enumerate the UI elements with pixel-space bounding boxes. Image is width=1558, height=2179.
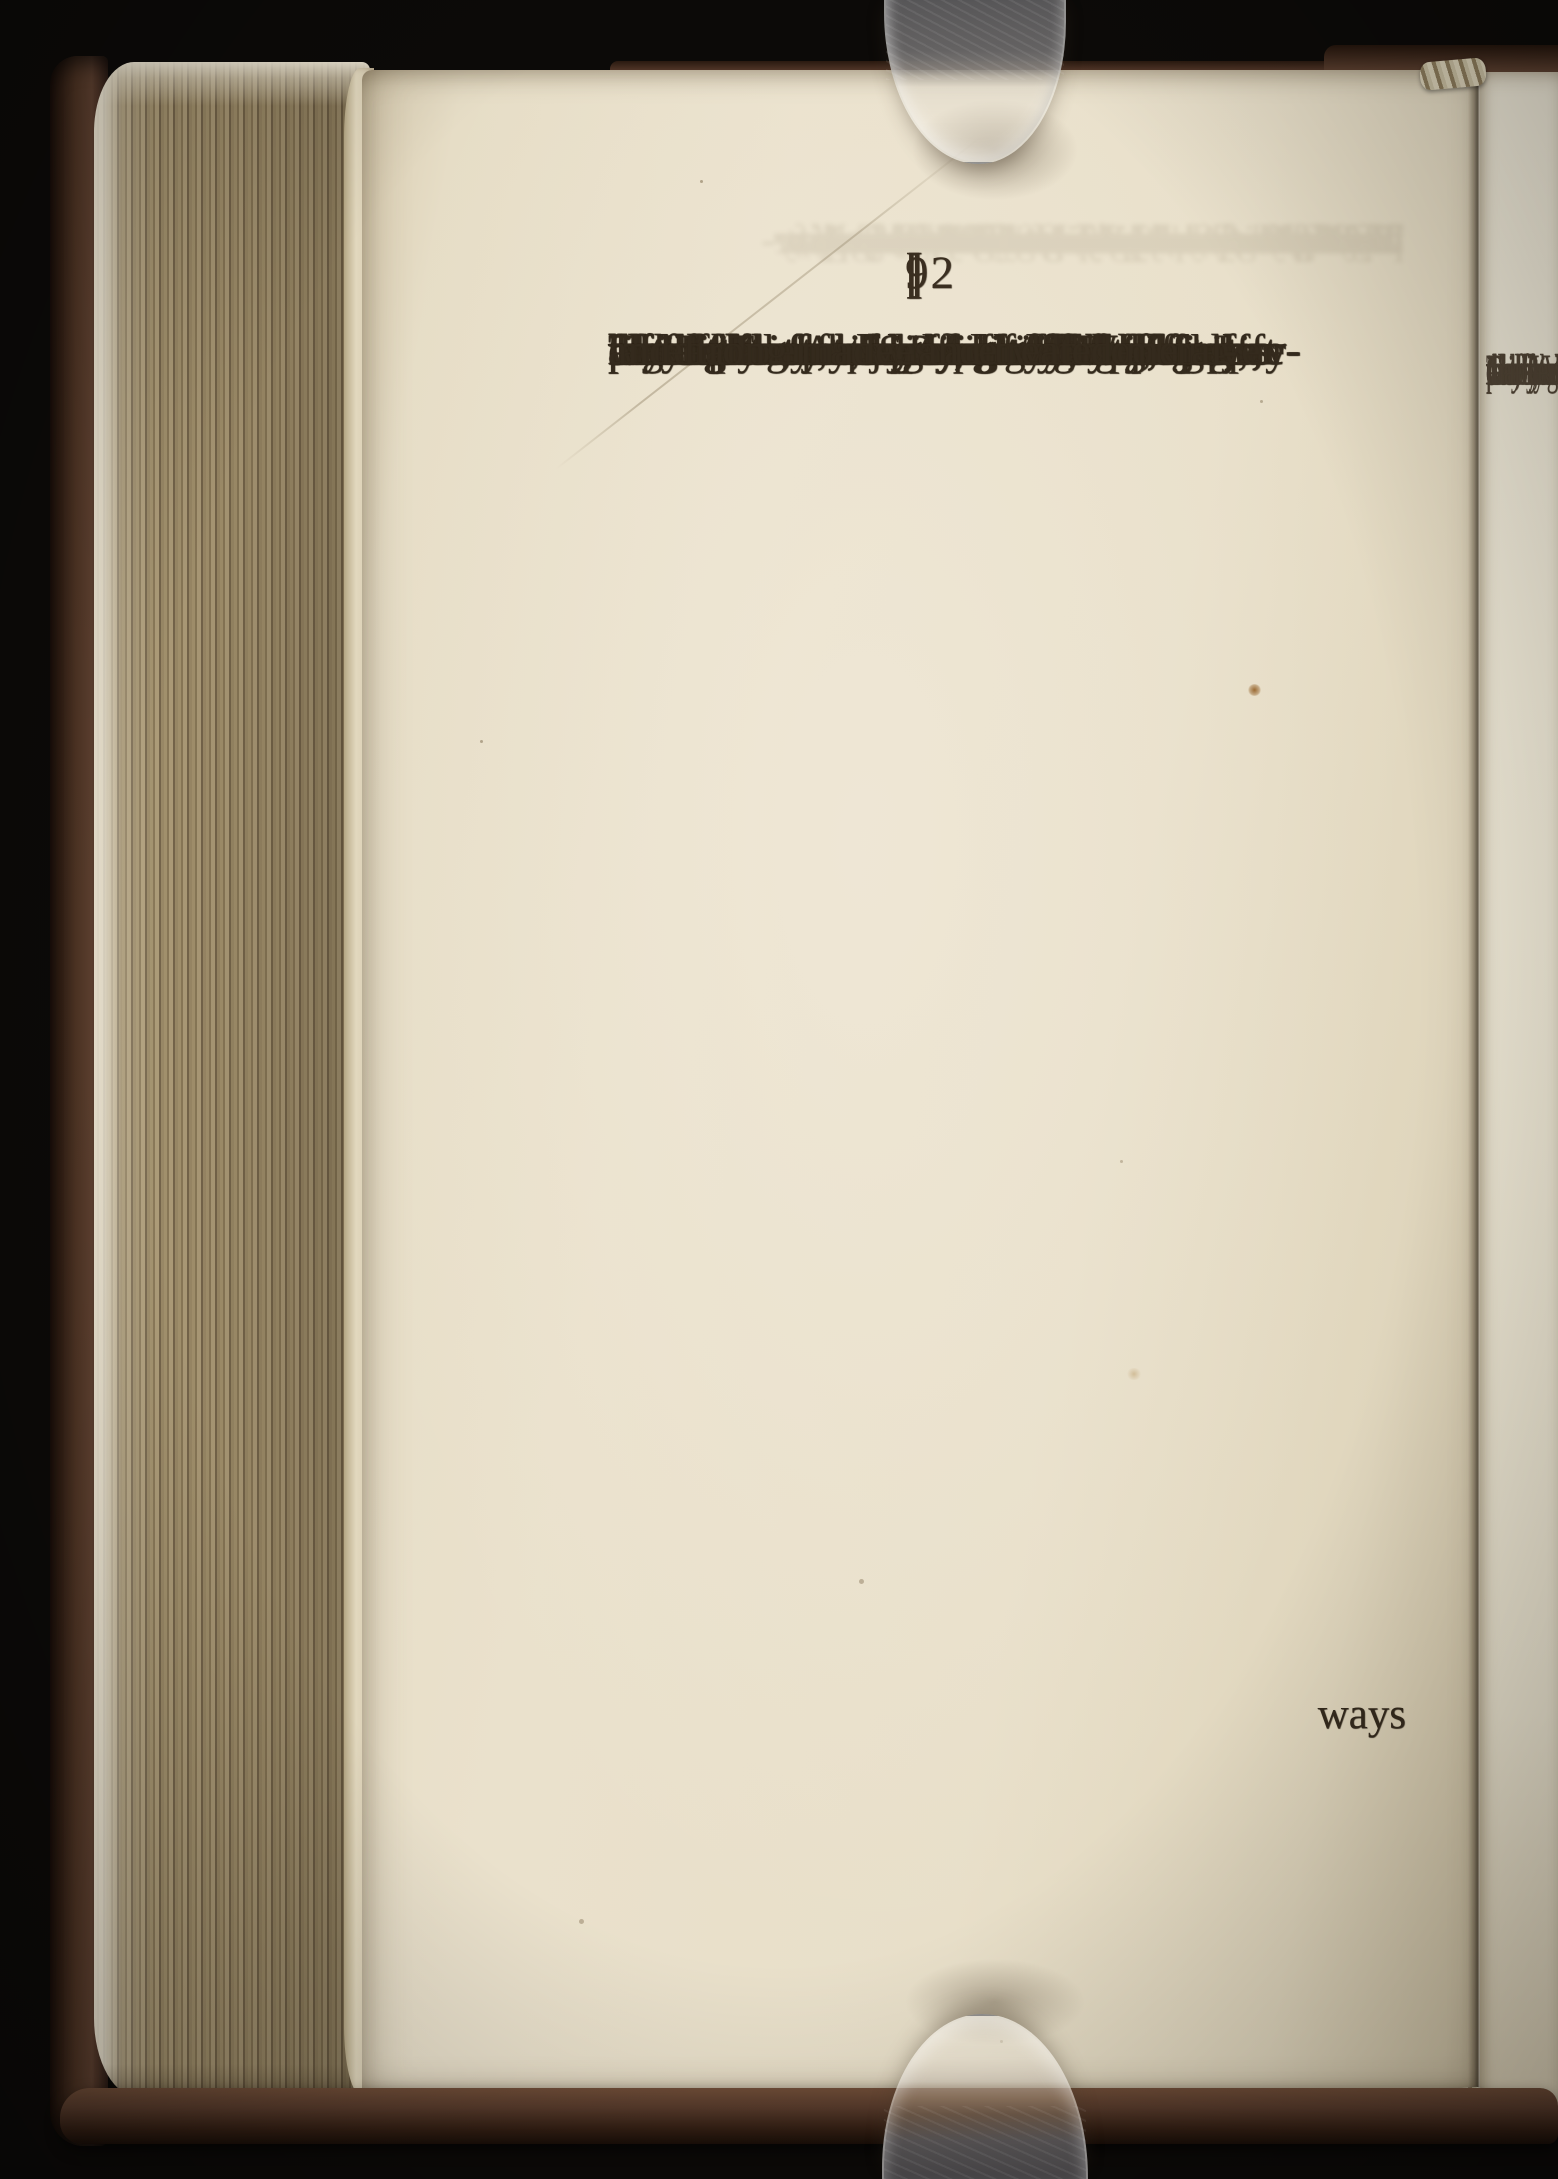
next-page-text-line: manne [1486, 340, 1548, 403]
book-cover-bottom-edge [60, 2088, 1558, 2144]
page-header: [ 92 ] [905, 240, 1093, 306]
page-number-bracket-right: ] [905, 243, 923, 303]
next-page-sliver: ways witI believeple; andpreſſingthem, a… [1480, 72, 1558, 2120]
headband [1419, 57, 1487, 91]
catchword: ways [608, 1684, 1406, 1746]
foxing-spot [1248, 684, 1261, 696]
text-line: and ſtrong made, and treated me al- [608, 320, 1237, 382]
book-photo: rich fruits, which I was very fond of;an… [0, 0, 1558, 2179]
page-block-fore-edge [94, 62, 370, 2098]
foxing-spot [1126, 1368, 1142, 1380]
paper-specks [700, 180, 703, 183]
